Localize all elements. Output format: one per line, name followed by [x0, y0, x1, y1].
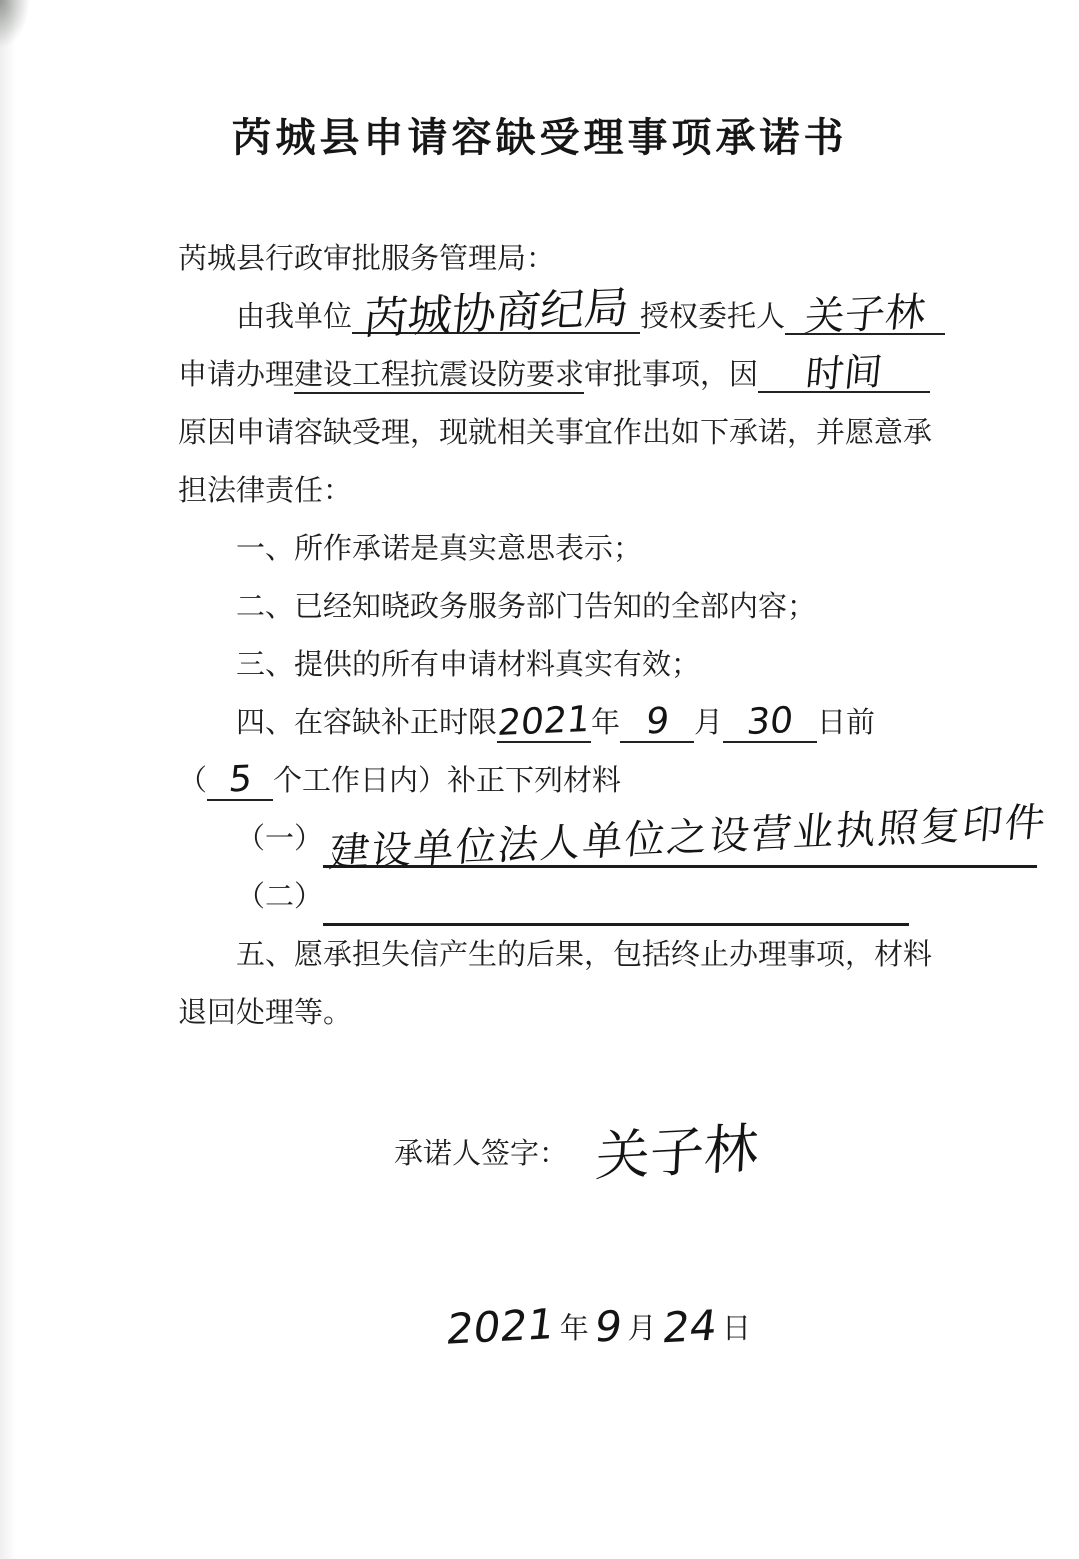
unit-name-handwriting: 芮城协商纪局: [361, 288, 630, 339]
deadline-month-blank: 9: [620, 701, 694, 743]
workdays-suffix: 个工作日内）补正下列材料: [273, 765, 621, 797]
commitment-item-1: 一、所作承诺是真实意思表示；: [178, 520, 909, 578]
salutation: 芮城县行政审批服务管理局：: [178, 230, 909, 288]
delegate-name-handwriting: 关子林: [803, 292, 927, 337]
commitment-item-2: 二、已经知晓政务服务部门告知的全部内容；: [178, 578, 909, 636]
deadline-year-blank: 2021: [497, 701, 591, 743]
reason-blank: 时间: [758, 351, 930, 393]
apply-suffix: 审批事项，因: [584, 359, 758, 391]
workdays-blank: 5: [207, 759, 273, 801]
signature-row: 承诺人签字：关子林: [178, 1116, 909, 1183]
material-row-1: （一）建设单位法人单位之设营业执照复印件: [178, 810, 909, 868]
deadline-prefix: 四、在容缺补正时限: [236, 707, 497, 739]
deadline-month-handwriting: 9: [644, 702, 671, 743]
date-month-label: 月: [628, 1313, 657, 1345]
signature-label: 承诺人签字：: [394, 1138, 568, 1170]
delegate-name-blank: 关子林: [785, 293, 945, 335]
material-2-line: [323, 873, 909, 926]
intro-line-3: 原因申请容缺受理，现就相关事宜作出如下承诺，并愿意承: [178, 404, 909, 462]
approval-matter-underlined: 建设工程抗震设防要求: [294, 359, 584, 394]
deadline-line-2: （5个工作日内）补正下列材料: [178, 752, 909, 810]
deadline-day-handwriting: 30: [745, 701, 795, 743]
intro-prefix: 由我单位: [236, 301, 352, 333]
document-body: 芮城县行政审批服务管理局： 由我单位芮城协商纪局授权委托人关子林 申请办理建设工…: [0, 230, 1079, 1358]
workdays-handwriting: 5: [227, 760, 254, 801]
intro-line-1: 由我单位芮城协商纪局授权委托人关子林: [178, 288, 909, 346]
date-day-handwriting: 24: [659, 1297, 720, 1358]
material-row-2: （二）: [178, 868, 909, 926]
date-year-label: 年: [560, 1313, 589, 1345]
consequence-line-1: 五、愿承担失信产生的后果，包括终止办理事项，材料: [178, 926, 909, 984]
date-year-handwriting: 2021: [443, 1295, 558, 1359]
deadline-year-handwriting: 2021: [496, 700, 592, 744]
intro-line-2: 申请办理建设工程抗震设防要求审批事项，因时间: [178, 346, 909, 404]
authorize-label: 授权委托人: [640, 301, 785, 333]
document-title: 芮城县申请容缺受理事项承诺书: [0, 0, 1079, 164]
material-1-line: 建设单位法人单位之设营业执照复印件: [323, 815, 1037, 868]
intro-line-4: 担法律责任：: [178, 462, 909, 520]
workdays-paren-open: （: [178, 765, 207, 797]
date-row: 2021年9月24日: [178, 1295, 909, 1358]
deadline-day-blank: 30: [723, 701, 817, 743]
apply-prefix: 申请办理: [178, 359, 294, 391]
deadline-day-label: 日前: [817, 707, 875, 739]
deadline-year-label: 年: [591, 707, 620, 739]
material-1-label: （一）: [236, 810, 323, 868]
deadline-line-1: 四、在容缺补正时限2021年9月30日前: [178, 694, 909, 752]
consequence-line-2: 退回处理等。: [178, 984, 909, 1042]
signature-handwriting: 关子林: [594, 1120, 760, 1186]
unit-name-blank: 芮城协商纪局: [352, 292, 640, 334]
commitment-item-3: 三、提供的所有申请材料真实有效；: [178, 636, 909, 694]
reason-handwriting: 时间: [804, 351, 884, 394]
material-2-label: （二）: [236, 868, 323, 926]
date-month-handwriting: 9: [591, 1297, 625, 1356]
deadline-month-label: 月: [694, 707, 723, 739]
scanned-commitment-letter: 芮城县申请容缺受理事项承诺书 芮城县行政审批服务管理局： 由我单位芮城协商纪局授…: [0, 0, 1079, 1559]
date-day-label: 日: [722, 1313, 751, 1345]
